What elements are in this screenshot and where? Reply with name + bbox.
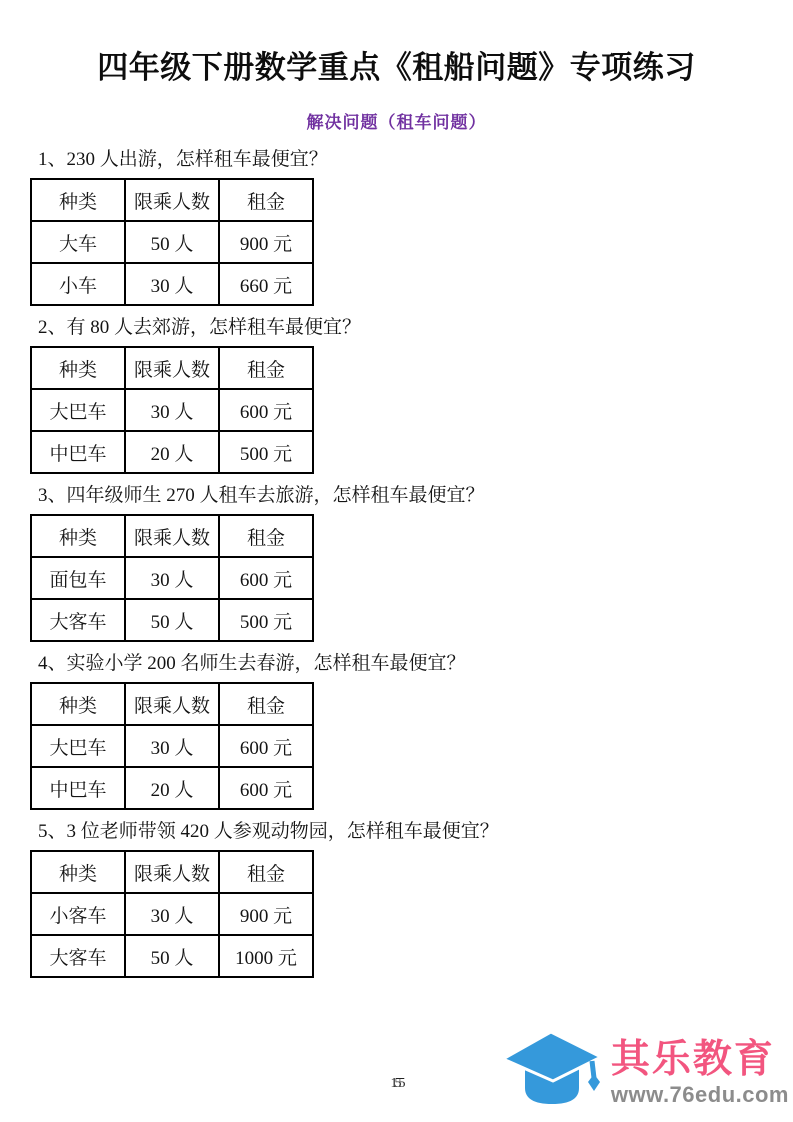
table-cell: 小车: [31, 263, 125, 305]
table-cell: 600 元: [219, 389, 313, 431]
site-logo: 其乐教育 www.76edu.com: [495, 1028, 789, 1114]
table-cell: 30 人: [125, 389, 219, 431]
table-cell: 50 人: [125, 599, 219, 641]
table-cell: 900 元: [219, 893, 313, 935]
table-header-cell: 租金: [219, 179, 313, 221]
table-header-cell: 限乘人数: [125, 683, 219, 725]
rental-table: 种类限乘人数租金 面包车30 人600 元大客车50 人500 元: [30, 514, 314, 642]
table-cell: 30 人: [125, 893, 219, 935]
question-section: 4、实验小学 200 名师生去春游，怎样租车最便宜？ 种类限乘人数租金 大巴车3…: [30, 652, 793, 810]
table-header-row: 种类限乘人数租金: [31, 347, 313, 389]
question-text: 2、有 80 人去郊游，怎样租车最便宜？: [30, 316, 793, 340]
table-header-cell: 限乘人数: [125, 851, 219, 893]
table-row: 小客车30 人900 元: [31, 893, 313, 935]
table-row: 大客车50 人1000 元: [31, 935, 313, 977]
table-cell: 面包车: [31, 557, 125, 599]
table-row: 中巴车20 人600 元: [31, 767, 313, 809]
question-section: 5、3 位老师带领 420 人参观动物园，怎样租车最便宜？ 种类限乘人数租金 小…: [30, 820, 793, 978]
table-cell: 大巴车: [31, 725, 125, 767]
rental-table: 种类限乘人数租金 大巴车30 人600 元中巴车20 人600 元: [30, 682, 314, 810]
table-cell: 30 人: [125, 557, 219, 599]
table-header-cell: 租金: [219, 515, 313, 557]
table-header-cell: 租金: [219, 347, 313, 389]
question-text: 3、四年级师生 270 人租车去旅游，怎样租车最便宜？: [30, 484, 793, 508]
table-cell: 30 人: [125, 725, 219, 767]
brand-name: 其乐教育: [611, 1040, 789, 1081]
table-cell: 600 元: [219, 767, 313, 809]
table-cell: 30 人: [125, 263, 219, 305]
table-cell: 600 元: [219, 557, 313, 599]
graduation-cap-icon: [495, 1028, 609, 1114]
worksheet-title: 四年级下册数学重点《租船问题》专项练习: [0, 0, 793, 87]
table-row: 大巴车30 人600 元: [31, 389, 313, 431]
table-cell: 20 人: [125, 767, 219, 809]
table-header-cell: 限乘人数: [125, 179, 219, 221]
table-cell: 50 人: [125, 935, 219, 977]
table-cell: 1000 元: [219, 935, 313, 977]
rental-table: 种类限乘人数租金 大巴车30 人600 元中巴车20 人500 元: [30, 346, 314, 474]
table-cell: 500 元: [219, 431, 313, 473]
question-text: 1、230 人出游，怎样租车最便宜？: [30, 148, 793, 172]
table-cell: 50 人: [125, 221, 219, 263]
table-row: 大客车50 人500 元: [31, 599, 313, 641]
table-row: 中巴车20 人500 元: [31, 431, 313, 473]
table-row: 小车30 人660 元: [31, 263, 313, 305]
table-cell: 大客车: [31, 935, 125, 977]
table-header-row: 种类限乘人数租金: [31, 851, 313, 893]
table-cell: 中巴车: [31, 431, 125, 473]
table-header-row: 种类限乘人数租金: [31, 179, 313, 221]
table-header-cell: 租金: [219, 683, 313, 725]
table-row: 面包车30 人600 元: [31, 557, 313, 599]
table-header-cell: 限乘人数: [125, 515, 219, 557]
logo-text-block: 其乐教育 www.76edu.com: [611, 1040, 789, 1108]
site-url: www.76edu.com: [611, 1082, 789, 1108]
table-header-cell: 种类: [31, 683, 125, 725]
table-header-cell: 租金: [219, 851, 313, 893]
table-header-cell: 种类: [31, 515, 125, 557]
table-cell: 大车: [31, 221, 125, 263]
table-cell: 660 元: [219, 263, 313, 305]
table-cell: 500 元: [219, 599, 313, 641]
table-header-cell: 限乘人数: [125, 347, 219, 389]
table-cell: 大巴车: [31, 389, 125, 431]
rental-table: 种类限乘人数租金 大车50 人900 元小车30 人660 元: [30, 178, 314, 306]
table-cell: 中巴车: [31, 767, 125, 809]
table-cell: 20 人: [125, 431, 219, 473]
worksheet-page: 四年级下册数学重点《租船问题》专项练习 解决问题（租车问题） 1、230 人出游…: [0, 0, 793, 1122]
question-section: 2、有 80 人去郊游，怎样租车最便宜？ 种类限乘人数租金 大巴车30 人600…: [30, 316, 793, 474]
table-header-row: 种类限乘人数租金: [31, 515, 313, 557]
table-header-cell: 种类: [31, 179, 125, 221]
table-cell: 小客车: [31, 893, 125, 935]
question-text: 4、实验小学 200 名师生去春游，怎样租车最便宜？: [30, 652, 793, 676]
questions-list: 1、230 人出游，怎样租车最便宜？ 种类限乘人数租金 大车50 人900 元小…: [0, 148, 793, 978]
worksheet-subtitle: 解决问题（租车问题）: [0, 108, 793, 133]
question-section: 3、四年级师生 270 人租车去旅游，怎样租车最便宜？ 种类限乘人数租金 面包车…: [30, 484, 793, 642]
table-header-cell: 种类: [31, 851, 125, 893]
rental-table: 种类限乘人数租金 小客车30 人900 元大客车50 人1000 元: [30, 850, 314, 978]
table-row: 大巴车30 人600 元: [31, 725, 313, 767]
table-header-cell: 种类: [31, 347, 125, 389]
question-section: 1、230 人出游，怎样租车最便宜？ 种类限乘人数租金 大车50 人900 元小…: [30, 148, 793, 306]
table-header-row: 种类限乘人数租金: [31, 683, 313, 725]
question-text: 5、3 位老师带领 420 人参观动物园，怎样租车最便宜？: [30, 820, 793, 844]
table-cell: 900 元: [219, 221, 313, 263]
table-row: 大车50 人900 元: [31, 221, 313, 263]
table-cell: 大客车: [31, 599, 125, 641]
table-cell: 600 元: [219, 725, 313, 767]
